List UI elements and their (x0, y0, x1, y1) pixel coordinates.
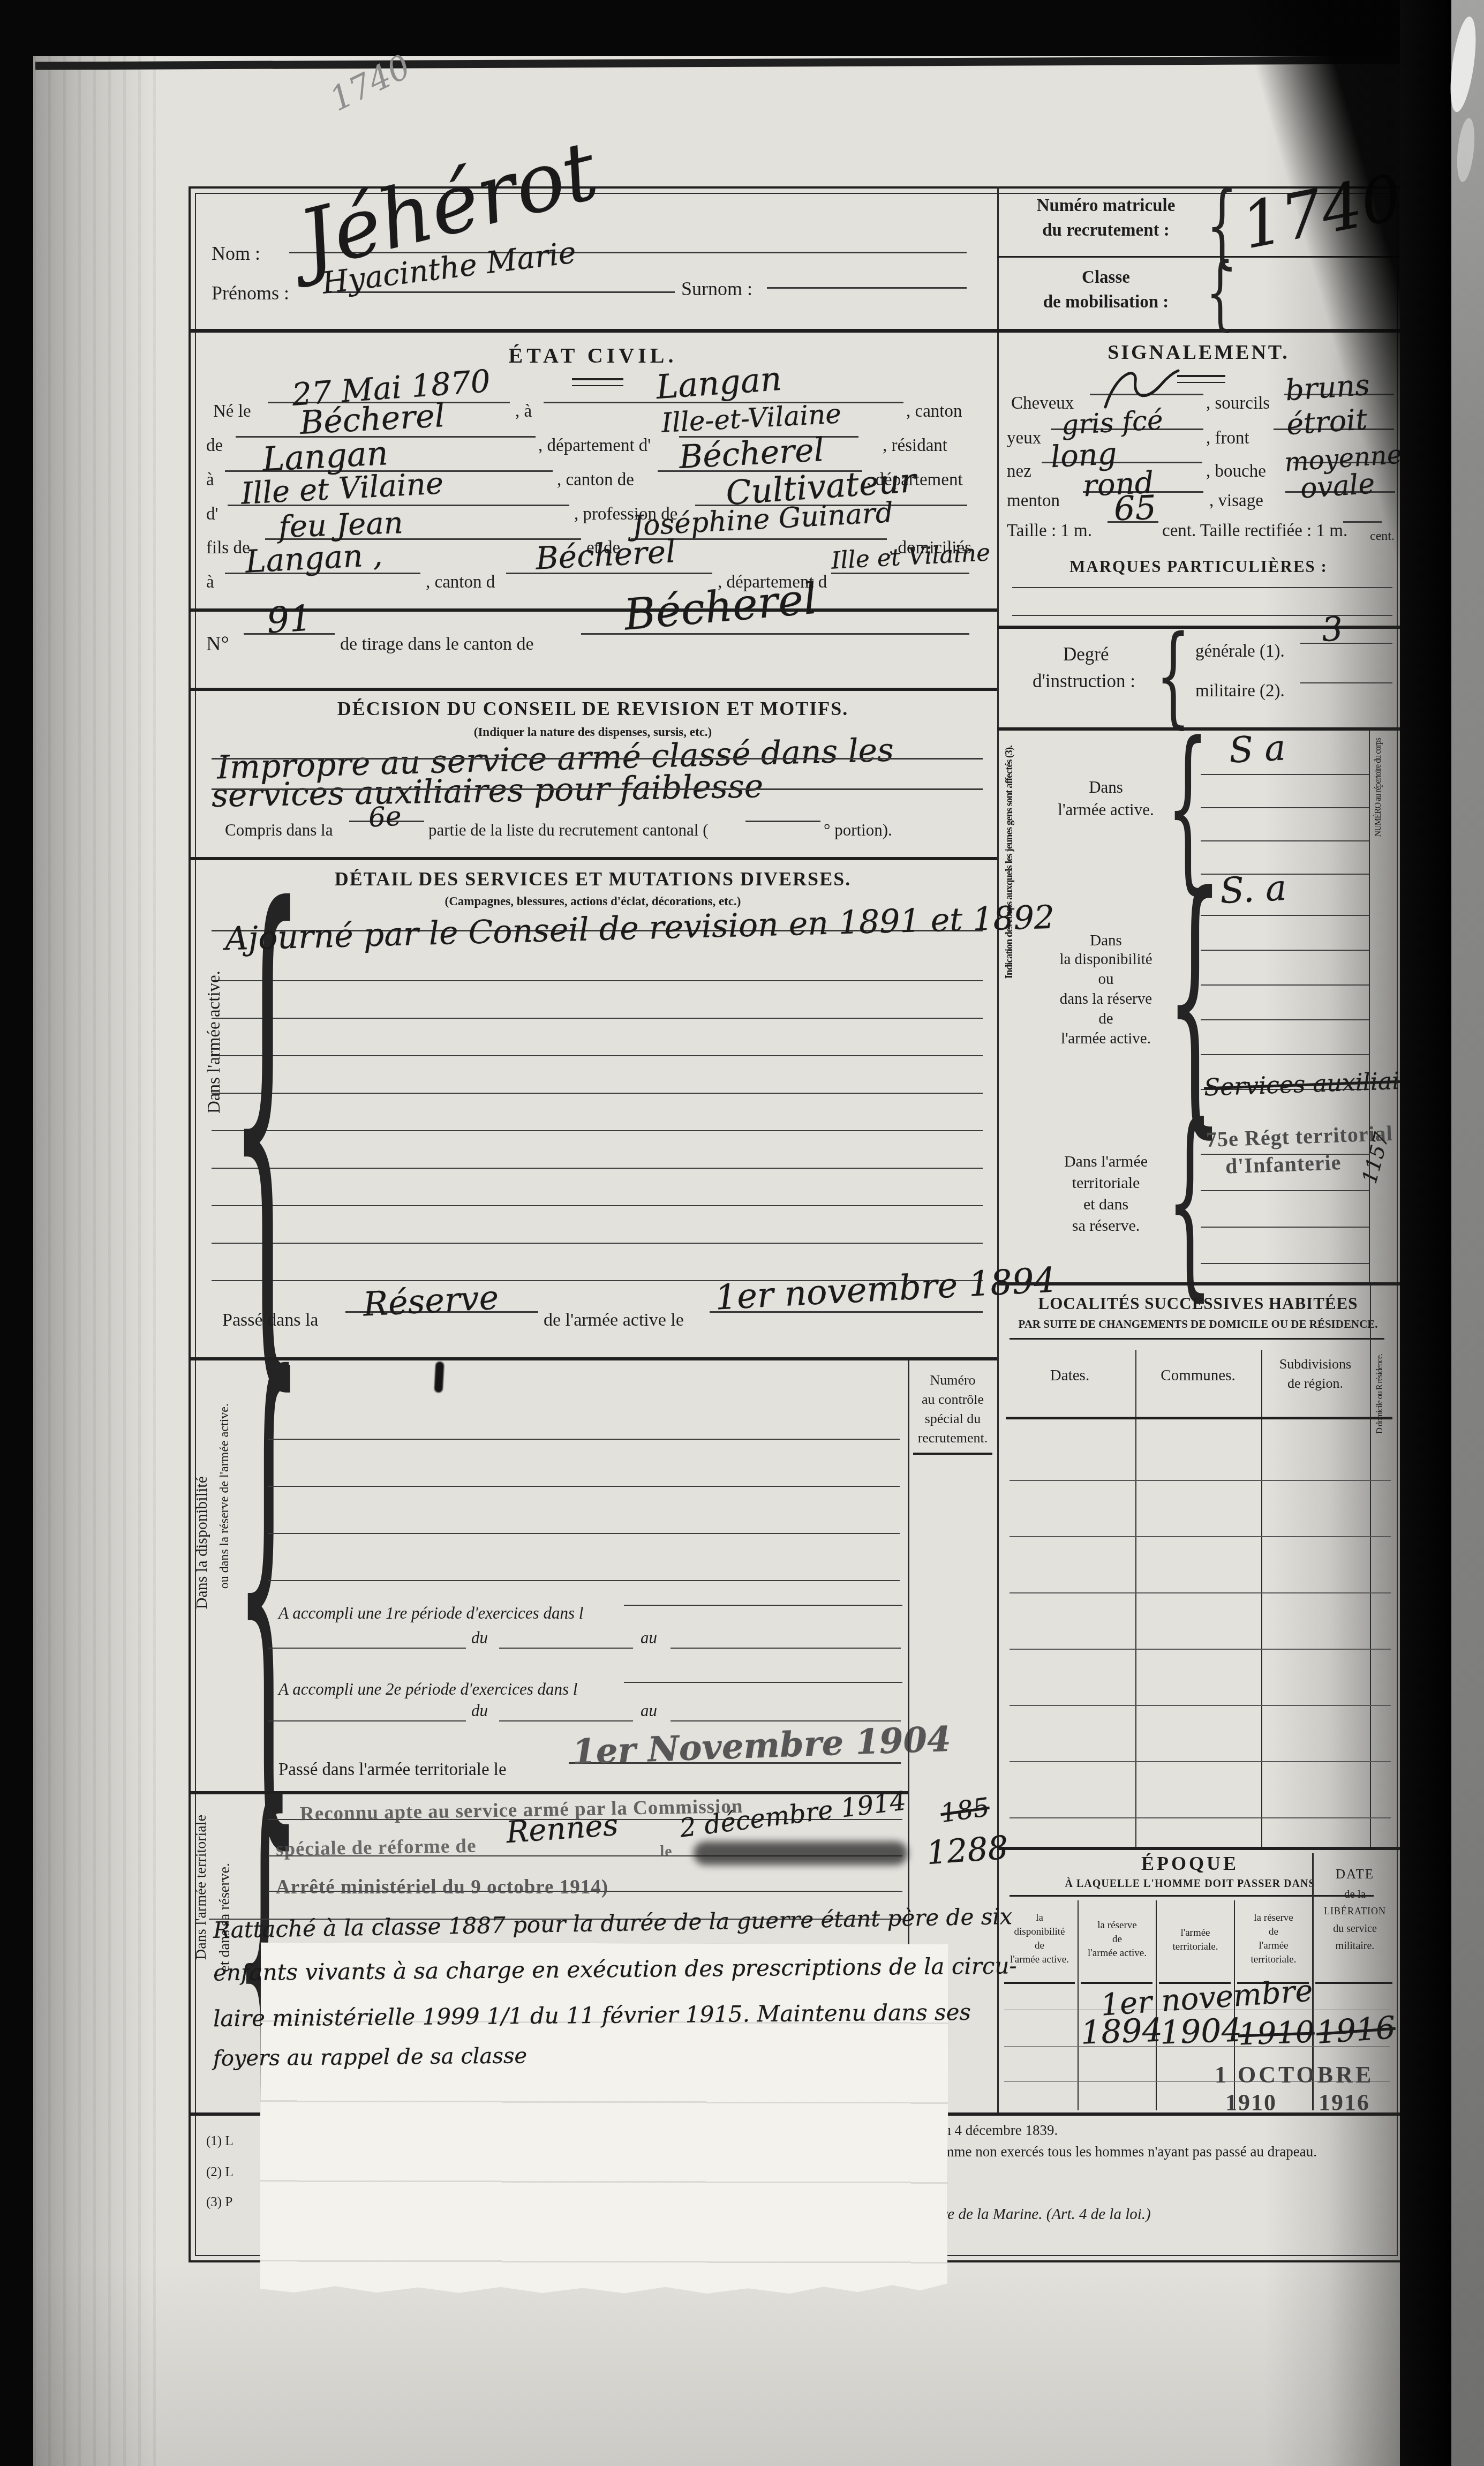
passe-territoriale-label: Passé dans l'armée territoriale le (278, 1760, 507, 1780)
departement-label: , département d' (538, 436, 651, 456)
residant-label: , résidant (883, 436, 947, 456)
compris-label-2: partie de la liste du recrutement canton… (428, 821, 708, 840)
epoque-c1-l3: de (1003, 1940, 1076, 1952)
epoque-c2-l3: l'armée active. (1080, 1948, 1155, 1959)
front-label: , front (1206, 428, 1249, 448)
corps-g1-label-2: l'armée active. (1044, 800, 1167, 820)
line (745, 821, 820, 822)
repertoire-vertical-label: NUMÉRO au répertoire du corps (1374, 738, 1383, 837)
controle-label-4: recrutement. (909, 1430, 996, 1446)
nom-label: Nom : (212, 242, 260, 265)
exercices-vertical-label-2: ou dans la réserve de l'armée active. (217, 1403, 232, 1589)
d-label: d' (206, 505, 218, 524)
section-rule (997, 1847, 1400, 1850)
a-label: à (206, 573, 214, 592)
taille-handwriting: 65 (1113, 488, 1157, 529)
epoque-1910-struck-handwriting: 1910 (1238, 2015, 1315, 2053)
controle-label-1: Numéro (909, 1372, 996, 1388)
classe-label-1: Classe (1015, 268, 1197, 288)
canton-label: , canton (906, 402, 962, 422)
canton-de-label: , canton de (557, 470, 634, 490)
periode-2-label: A accompli une 2e période d'exercices da… (278, 1680, 577, 1699)
blank-ruled-lines (1201, 881, 1370, 1095)
stamp-1910: 1910 (1225, 2089, 1277, 2116)
controle-header-rule (913, 1453, 992, 1455)
surnom-line (767, 287, 967, 289)
line (624, 1605, 902, 1606)
controle-label-2: au contrôle (909, 1392, 996, 1408)
footnote-right-2: comme non exercés tous les hommes n'ayan… (929, 2144, 1317, 2160)
epoque-c4-l1: la réserve (1236, 1912, 1311, 1924)
ne-le-label: Né le (213, 402, 251, 422)
corps-g2-label-6: l'armée active. (1042, 1030, 1170, 1048)
line (624, 1682, 902, 1683)
services-title: DÉTAIL DES SERVICES ET MUTATIONS DIVERSE… (189, 868, 997, 890)
line (1300, 643, 1392, 644)
footnote-3: (3) P (206, 2195, 232, 2210)
next-page-edge (1451, 0, 1484, 2466)
localites-flourish-rule (1010, 1338, 1384, 1340)
line (1300, 682, 1392, 683)
passe-reserve-corps-handwriting: Réserve (362, 1277, 500, 1324)
epoque-divider (1078, 1900, 1079, 2110)
au-label: au (641, 1628, 657, 1648)
numero-tirage-label: N° (206, 632, 229, 656)
armee-active-vertical-label: Dans l'armée active. (205, 971, 224, 1114)
controle-label-3: spécial du (909, 1411, 996, 1427)
epoque-c2-l2: de (1080, 1934, 1155, 1945)
epoque-header-rule (1004, 1982, 1075, 1984)
a-label: à (206, 470, 214, 490)
degre-label-2: d'instruction : (1033, 671, 1135, 692)
epoque-date-l3: LIBÉRATION (1315, 1906, 1395, 1917)
corps-g2-label-4: dans la réserve (1042, 990, 1170, 1008)
epoque-1894-handwriting: 1894 (1080, 2011, 1163, 2051)
territoriale-vertical-label-1: Dans l'armée territoriale (193, 1815, 210, 1960)
epoque-c4-l4: territoriale. (1236, 1954, 1311, 1966)
a-label: , à (515, 402, 532, 422)
corps-g2-label-5: de (1042, 1010, 1170, 1028)
repertoire-column-divider (1369, 730, 1370, 1284)
passe-reserve-label-2: de l'armée active le (544, 1310, 684, 1330)
matricule-label-1: Numéro matricule (1015, 196, 1197, 216)
corps-g1-value-handwriting: S a (1228, 727, 1286, 771)
corps-vertical-label: Indication des corps auxquels les jeunes… (1004, 746, 1015, 979)
epoque-c3-l1: l'armée (1158, 1927, 1233, 1939)
signalement-title-rule (1177, 375, 1225, 383)
epoque-c4-l2: de (1236, 1926, 1311, 1938)
localites-subtitle: PAR SUITE DE CHANGEMENTS DE DOMICILE OU … (1003, 1318, 1393, 1331)
exercices-vertical-label-1: Dans la disponibilité (193, 1476, 211, 1609)
menton-label: menton (1007, 491, 1060, 511)
canton-domicile-handwriting: Bécherel (534, 533, 676, 577)
footnote-2: (2) L (206, 2165, 233, 2180)
line (671, 1648, 901, 1649)
classe-label-2: de mobilisation : (1015, 292, 1197, 312)
line (212, 758, 983, 760)
ink-blot (434, 1362, 444, 1393)
stamp-1916: 1916 (1319, 2089, 1370, 2116)
generale-label: générale (1). (1195, 642, 1285, 661)
book-gutter-shadow (1400, 0, 1451, 2466)
epoque-header-rule (1081, 1982, 1152, 1984)
corps-g3-stamp-2: d'Infanterie (1225, 1149, 1342, 1179)
line (671, 1720, 901, 1721)
armee-active-brace: { (229, 896, 305, 1339)
epoque-1916-struck-handwriting: 1916 (1315, 2009, 1397, 2051)
corps-g2-value-handwriting: S. a (1219, 867, 1287, 912)
section-rule (997, 1282, 1400, 1285)
epoque-c4-l3: l'armée (1236, 1940, 1311, 1952)
section-rule (189, 1791, 909, 1794)
corps-g3-label-3: et dans (1042, 1196, 1170, 1214)
epoque-header-rule (1315, 1982, 1392, 1984)
epoque-c1-l2: disponibilité (1003, 1926, 1076, 1938)
compris-partie-handwriting: 6e (368, 800, 402, 833)
line (499, 1720, 633, 1721)
surnom-label: Surnom : (681, 277, 752, 300)
corps-g1-label-1: Dans (1044, 778, 1167, 797)
epoque-c2-l1: la réserve (1080, 1920, 1155, 1931)
localites-col-subdiv-2: de région. (1263, 1375, 1368, 1392)
corps-g3-label-1: Dans l'armée (1042, 1153, 1170, 1171)
rattache-handwriting-4: foyers au rappel de sa classe (213, 2043, 527, 2071)
corps-g2-label-2: la disponibilité (1042, 951, 1170, 968)
epoque-c3-l2: territoriale. (1158, 1941, 1233, 1953)
localites-col-communes: Communes. (1136, 1367, 1260, 1385)
etat-civil-title-rule (572, 378, 623, 386)
section-rule (189, 688, 997, 691)
pasted-paper-slip (260, 1942, 948, 2297)
nez-label: nez (1007, 462, 1031, 482)
corps-g2-label-1: Dans (1042, 931, 1170, 951)
degre-label-1: Degré (1063, 644, 1109, 665)
epoque-date-l4: du service (1315, 1923, 1395, 1935)
le-stamp: le (660, 1843, 673, 1861)
blank-ruled-lines (212, 944, 983, 1281)
localites-row-lines (1010, 1425, 1391, 1843)
matricule-label-2: du recrutement : (1015, 221, 1197, 240)
tirage-label: de tirage dans le canton de (340, 634, 534, 655)
corps-g3-label-4: sa réserve. (1042, 1217, 1170, 1235)
numero-tirage-handwriting: 91 (265, 597, 313, 642)
decision-title: DÉCISION DU CONSEIL DE REVISION ET MOTIF… (189, 697, 997, 720)
line (268, 1648, 466, 1649)
epoque-1904-handwriting: 1904 (1159, 2011, 1242, 2051)
localites-header-rule (1006, 1417, 1392, 1419)
yeux-label: yeux (1007, 428, 1041, 448)
octobre-stamp: 1 OCTOBRE (1215, 2061, 1374, 2088)
cheveux-flourish-handwriting (1098, 363, 1184, 414)
blank-ruled-lines (268, 1393, 900, 1603)
footnote-1: (1) L (206, 2134, 233, 2149)
epoque-date-l2: de la (1315, 1888, 1395, 1901)
prenoms-label: Prénoms : (212, 282, 289, 304)
canton-d-label: , canton d (426, 573, 495, 592)
arrete-ministeriel-stamp: Arrêté ministériel du 9 octobre 1914) (276, 1876, 608, 1899)
taille-label: Taille : 1 m. (1007, 521, 1092, 541)
domicile-handwriting: Langan , (244, 536, 383, 580)
line (499, 1648, 633, 1649)
line (212, 788, 983, 790)
epoque-c1-l1: la (1003, 1912, 1076, 1924)
localites-title: LOCALITÉS SUCCESSIVES HABITÉES (1003, 1294, 1393, 1313)
scanned-register-photo: 1740 Jéhérot Nom : Hyacinthe Marie Préno… (0, 0, 1484, 2466)
corps-g2-label-3: ou (1042, 971, 1170, 988)
epoque-date-l5: militaire. (1315, 1940, 1395, 1952)
section-rule (189, 857, 997, 860)
etat-civil-title: ÉTAT CIVIL. (189, 343, 997, 368)
column-divider (997, 186, 999, 2115)
du-label: du (471, 1701, 488, 1720)
militaire-label: militaire (2). (1195, 681, 1285, 701)
de-label: de (206, 436, 223, 456)
localites-col-subdiv-1: Subdivisions (1263, 1356, 1368, 1372)
localites-col-dr-vertical: D domicile ou R résidence. (1375, 1354, 1385, 1434)
compris-label-3: ° portion). (824, 821, 892, 840)
section-rule (189, 1357, 997, 1360)
corps-g3-label-2: territoriale (1042, 1174, 1170, 1192)
ink-smudge (694, 1841, 908, 1865)
commission-stamp: spéciale de réforme de (276, 1835, 477, 1861)
controle-number-handwriting: 1288 (925, 1829, 1010, 1872)
classe-brace: { (1206, 260, 1234, 326)
du-label: du (471, 1628, 488, 1648)
fils-de-label: fils de (206, 538, 250, 558)
localites-col-dates: Dates. (1007, 1367, 1133, 1385)
periode-1-label: A accompli une 1re période d'exercices d… (278, 1604, 583, 1623)
epoque-date-l1: DATE (1315, 1867, 1395, 1882)
au-label: au (641, 1701, 657, 1720)
line (268, 1720, 466, 1721)
degre-generale-handwriting: 3 (1321, 609, 1344, 650)
